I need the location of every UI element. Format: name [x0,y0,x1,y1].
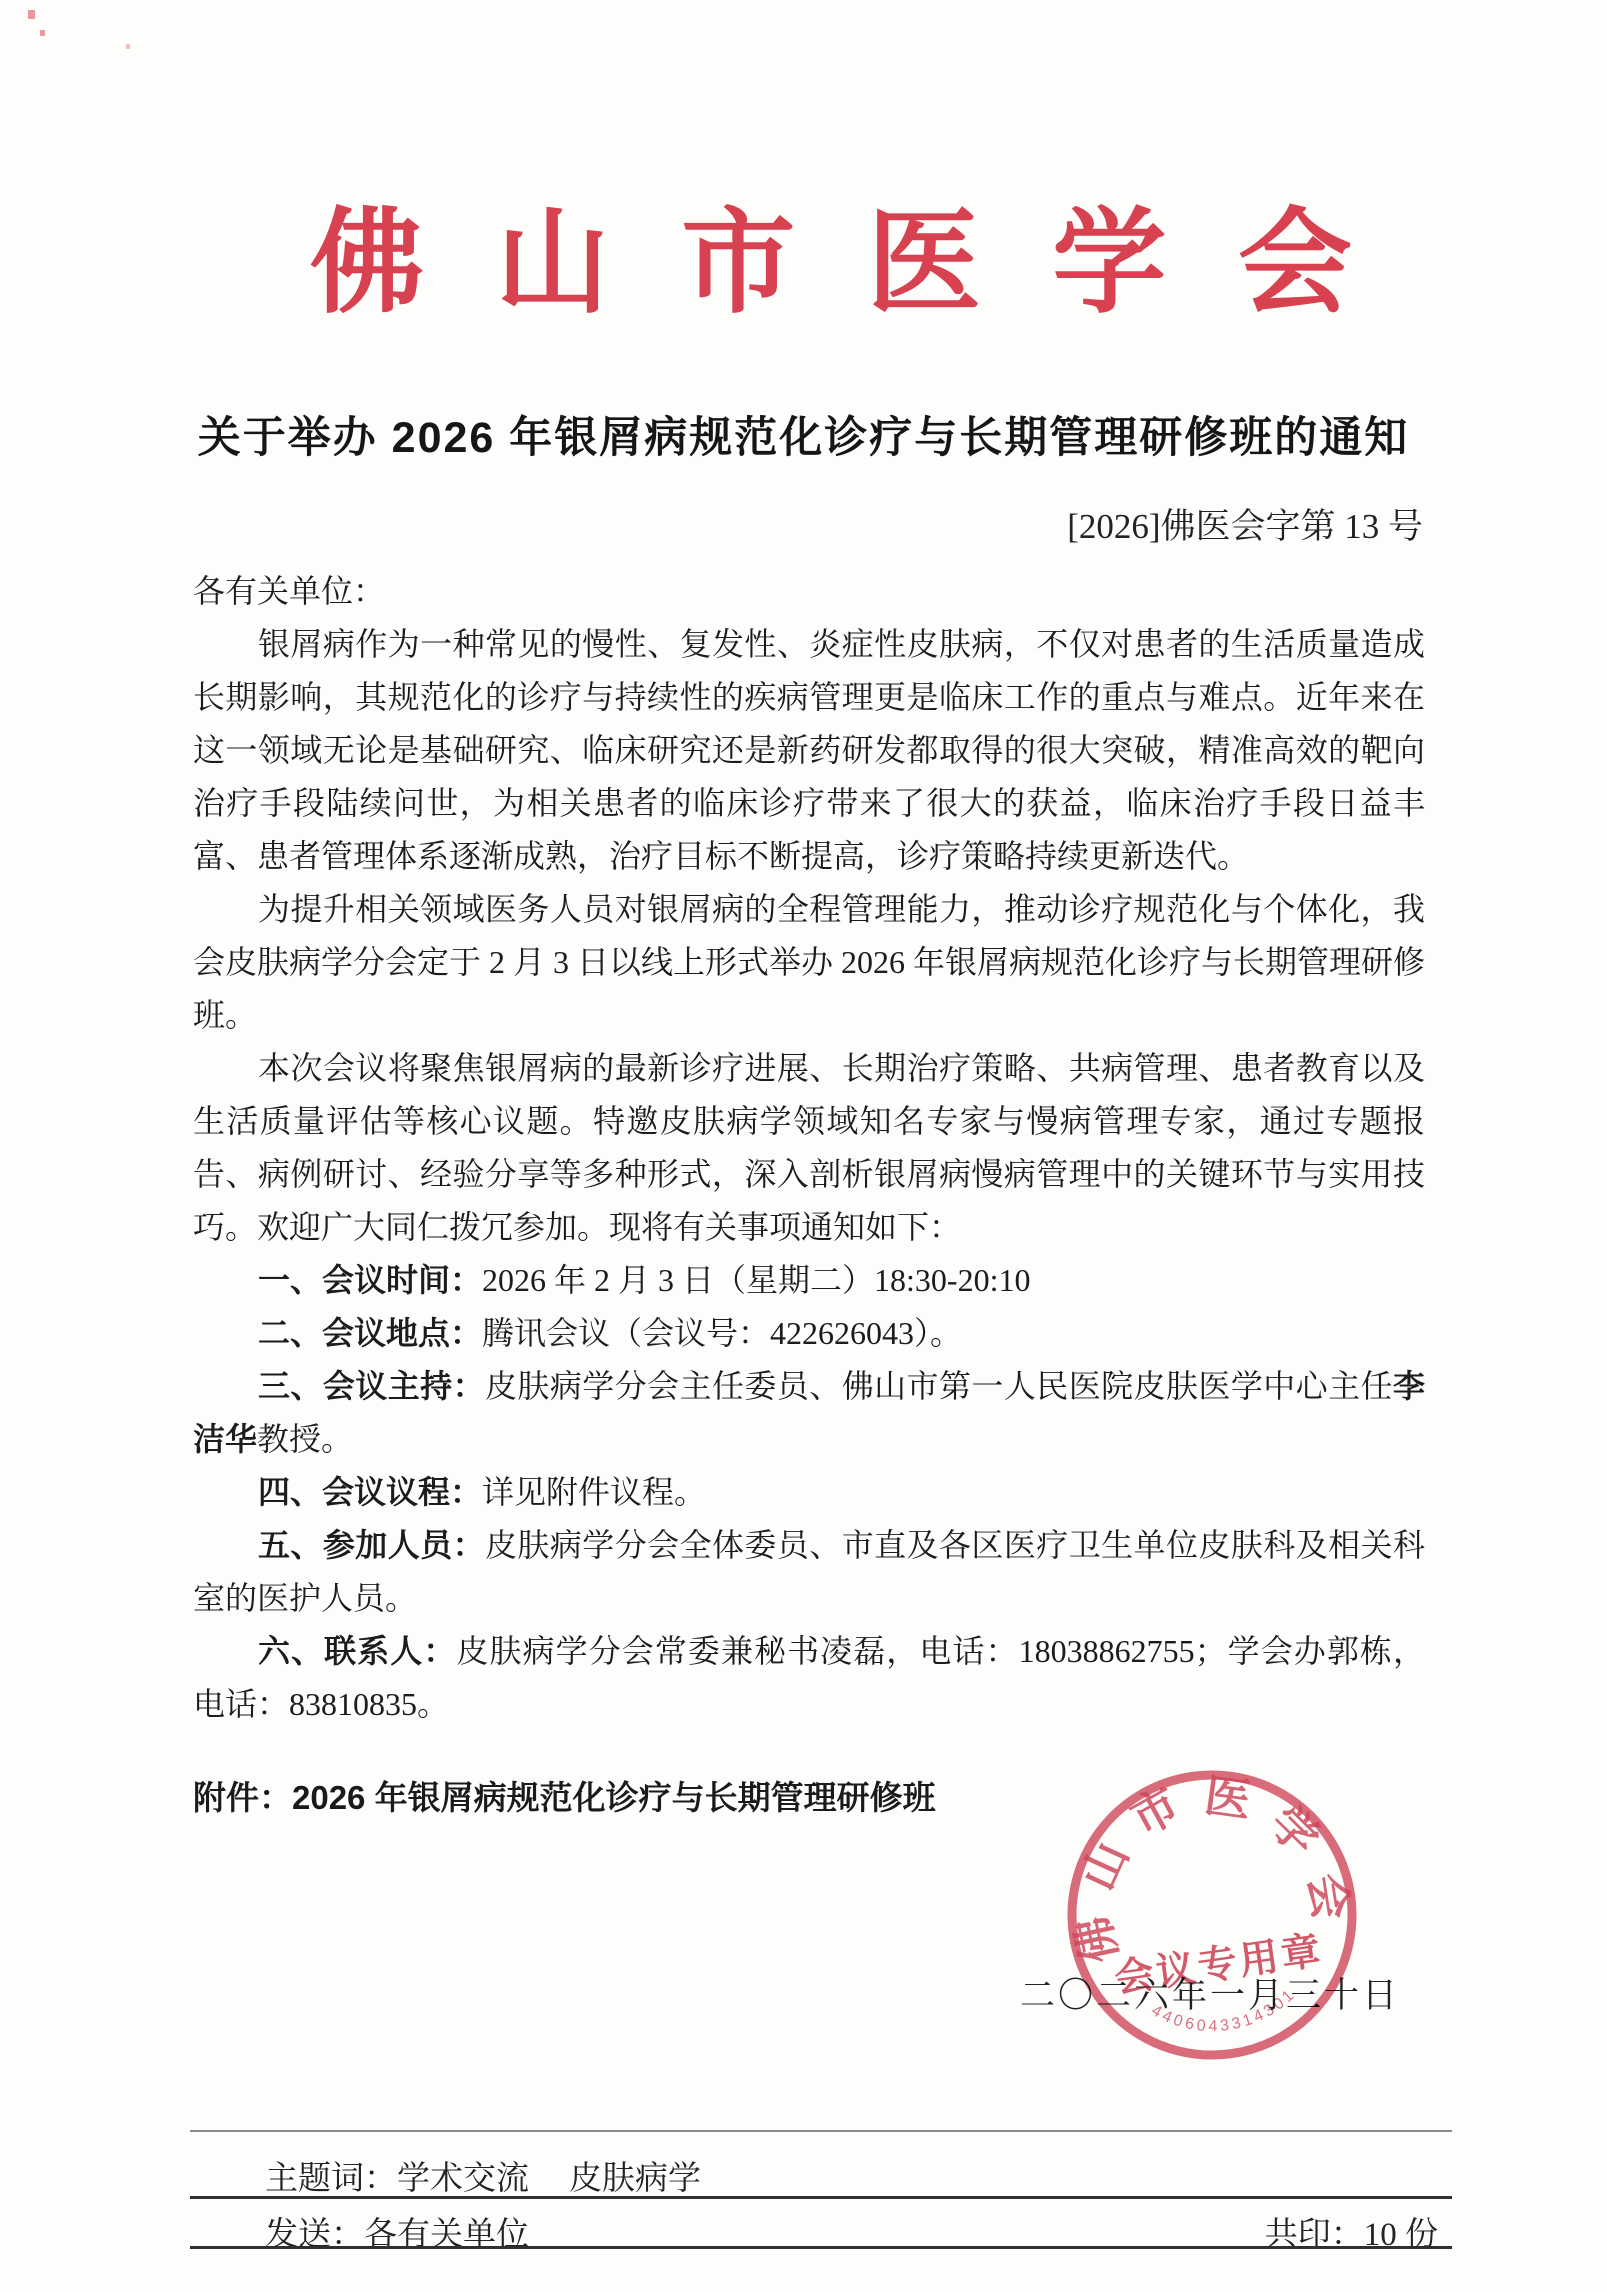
item-text: 腾讯会议（会议号：422626043）。 [482,1315,962,1351]
footer-rule [190,2246,1452,2249]
item-label: 五、参加人员： [258,1527,485,1563]
official-seal: 佛山市医学会 会议专用章 4406043314301 [1036,1739,1388,2091]
document-page: 佛 山 市 医 学 会 关于举办 2026 年银屑病规范化诊疗与长期管理研修班的… [0,0,1607,2292]
letterhead-char: 医 [867,198,981,330]
letterhead-char: 会 [1238,198,1352,330]
agenda-item-agenda: 四、会议议程：详见附件议程。 [193,1466,1425,1519]
body-paragraph: 银屑病作为一种常见的慢性、复发性、炎症性皮肤病，不仅对患者的生活质量造成长期影响… [193,618,1425,883]
agenda-item-location: 二、会议地点：腾讯会议（会议号：422626043）。 [193,1307,1425,1360]
document-number: [2026]佛医会字第 13 号 [1067,499,1423,549]
issue-date: 二〇二六年一月三十日 [1020,1968,1400,2018]
item-text: 详见附件议程。 [482,1474,706,1510]
item-label: 六、联系人： [258,1633,456,1669]
agenda-item-contacts: 六、联系人：皮肤病学分会常委兼秘书凌磊，电话：18038862755；学会办郭栋… [193,1625,1425,1731]
scan-speck [126,44,130,49]
item-text: 2026 年 2 月 3 日（星期二）18:30-20:10 [482,1262,1030,1298]
footer-subject-row: 主题词：学术交流皮肤病学 [265,2152,701,2199]
seal-graphic: 佛山市医学会 会议专用章 4406043314301 [1036,1739,1388,2091]
subject-keyword: 学术交流 [397,2161,529,2197]
attachment-line: 附件：2026 年银屑病规范化诊疗与长期管理研修班 [193,1772,936,1819]
item-label: 四、会议议程： [258,1474,482,1510]
letterhead-char: 山 [496,198,610,330]
footer-rule [190,2196,1452,2199]
body-paragraph: 本次会议将聚焦银屑病的最新诊疗进展、长期治疗策略、共病管理、患者教育以及生活质量… [193,1042,1425,1254]
seal-ring [1054,1757,1370,2073]
letterhead-char: 学 [1052,198,1166,330]
item-text: 皮肤病学分会主任委员、佛山市第一人民医院皮肤医学中心主任 [485,1368,1393,1404]
svg-text:佛山市医学会: 佛山市医学会 [1049,1752,1359,1968]
item-label: 二、会议地点： [258,1315,482,1351]
scan-speck [40,30,45,36]
scan-speck [28,10,35,19]
agenda-item-participants: 五、参加人员：皮肤病学分会全体委员、市直及各区医疗卫生单位皮肤科及相关科室的医护… [193,1519,1425,1625]
document-body: 各有关单位： 银屑病作为一种常见的慢性、复发性、炎症性皮肤病，不仅对患者的生活质… [193,565,1425,1731]
letterhead-org-title: 佛 山 市 医 学 会 [310,198,1352,330]
body-paragraph: 为提升相关领域医务人员对银屑病的全程管理能力，推动诊疗规范化与个体化，我会皮肤病… [193,883,1425,1042]
greeting-line: 各有关单位： [193,565,1425,618]
footer-top-rule [190,2130,1452,2132]
item-text: 教授。 [257,1421,353,1457]
seal-arc-text: 佛山市医学会 [1049,1752,1359,1968]
item-label: 一、会议时间： [258,1262,482,1298]
agenda-item-host: 三、会议主持：皮肤病学分会主任委员、佛山市第一人民医院皮肤医学中心主任李洁华教授… [193,1360,1425,1466]
agenda-item-time: 一、会议时间：2026 年 2 月 3 日（星期二）18:30-20:10 [193,1254,1425,1307]
letterhead-char: 市 [681,198,795,330]
document-title: 关于举办 2026 年银屑病规范化诊疗与长期管理研修班的通知 [90,404,1517,465]
subject-keyword: 皮肤病学 [569,2161,701,2197]
letterhead-char: 佛 [310,198,424,330]
item-label: 三、会议主持： [258,1368,485,1404]
subject-label: 主题词： [265,2161,397,2197]
